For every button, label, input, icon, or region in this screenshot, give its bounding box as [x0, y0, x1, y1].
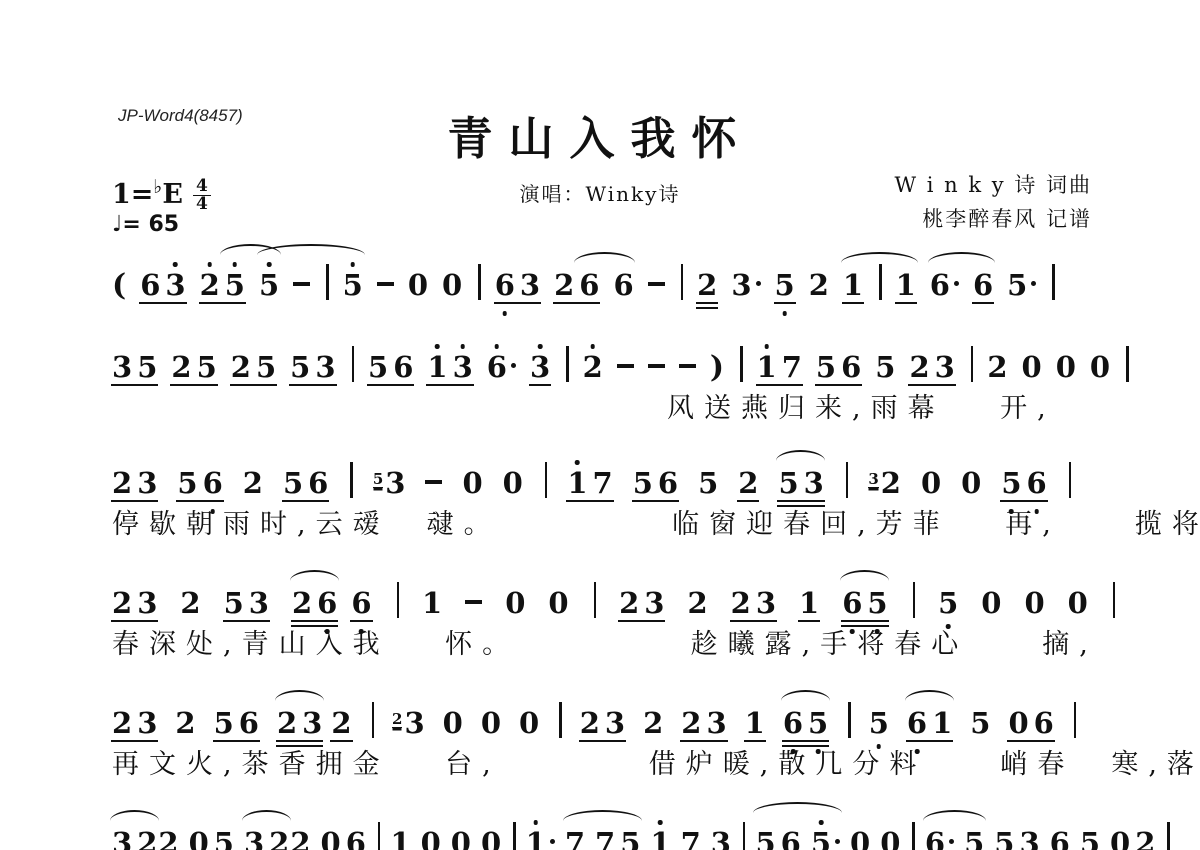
note-digit: 3: [605, 708, 625, 738]
note-digit: 5: [816, 352, 836, 382]
note-token: 2: [738, 468, 758, 498]
note-digit: 3: [711, 828, 731, 850]
note-digits: 0: [1056, 352, 1076, 382]
barline: [848, 702, 851, 738]
note-token: 5: [343, 270, 363, 300]
note-digits: 23: [619, 588, 664, 618]
note-token: 17: [567, 468, 612, 498]
note-digit: 3: [112, 828, 132, 850]
key-signature: 1=♭E44: [112, 176, 211, 213]
note-digit: 3: [706, 708, 726, 738]
slur-tie-arc: [242, 810, 291, 821]
note-digit: 3: [404, 708, 424, 738]
note-digits: 0: [850, 828, 870, 850]
dash-note: [617, 364, 634, 368]
note-digits: 13: [427, 352, 472, 382]
note-digits: 2: [697, 270, 717, 300]
note-digits: 56: [368, 352, 413, 382]
credits-block: W i n k y 诗 词曲 桃李醉春风 记谱: [895, 168, 1092, 236]
note-token: 6: [351, 588, 371, 618]
note-digits: 23: [681, 708, 726, 738]
note-digit: 2: [292, 588, 312, 618]
note-digit: 5: [867, 588, 887, 618]
note-digits: 5: [875, 352, 895, 382]
note-digit: 0: [548, 588, 568, 618]
note-token: 1: [650, 828, 670, 850]
note-digit: 2: [909, 352, 929, 382]
note-digit: 2: [331, 708, 351, 738]
note-token: 1: [422, 588, 442, 618]
note-digit: 3: [530, 352, 550, 382]
note-token: 5: [964, 828, 984, 850]
note-digit: 1: [799, 588, 819, 618]
note-token: 53: [290, 352, 335, 382]
note-digits: 2: [180, 588, 200, 618]
note-token: 5: [811, 828, 840, 850]
note-digits: 0: [443, 708, 463, 738]
note-digits: 6: [613, 270, 633, 300]
note-token: 56: [214, 708, 259, 738]
note-token: 2: [243, 468, 263, 498]
note-digit: 5: [225, 270, 245, 300]
note-token: 2: [583, 352, 603, 382]
note-digits: 56: [283, 468, 328, 498]
note-token: 32: [244, 828, 289, 850]
note-token: 56: [368, 352, 413, 382]
note-digit: 3: [644, 588, 664, 618]
music-line: 232562322300023223165561506: [112, 702, 1162, 736]
note-token: 05: [189, 828, 234, 850]
barline: [912, 822, 915, 850]
note-digits: 0: [1022, 352, 1042, 382]
note-digits: 63: [495, 270, 540, 300]
note-digits: 1: [843, 270, 863, 300]
note-token: 0: [1090, 352, 1110, 382]
note-digit: 3: [520, 270, 540, 300]
note-token: 2: [180, 588, 200, 618]
note-token: 56: [177, 468, 222, 498]
note-digit: 1: [390, 828, 410, 850]
note-token: 1: [896, 270, 916, 300]
octave-dot-above: [350, 262, 355, 267]
note-token: 06: [321, 828, 366, 850]
note-token: 53: [994, 828, 1039, 850]
note-token: 5: [1080, 828, 1100, 850]
note-digit: 2: [290, 828, 310, 850]
note-digits: 1: [896, 270, 916, 300]
note-digit: 5: [808, 708, 828, 738]
note-digit: 0: [408, 270, 428, 300]
note-digits: 0: [981, 588, 1001, 618]
note-digit: 5: [290, 352, 310, 382]
note-digit: 5: [938, 588, 958, 618]
note-digits: 1: [650, 828, 670, 850]
note-digit: 5: [994, 828, 1014, 850]
note-digits: 65: [842, 588, 887, 618]
note-digit: 0: [481, 708, 501, 738]
music-system: 352525535613632)17565232000 风送燕归来,雨幕 开,: [112, 346, 1162, 424]
note-token: 53: [373, 468, 406, 498]
note-digits: 1: [745, 708, 765, 738]
octave-dot-above: [495, 344, 500, 349]
note-token: 5: [259, 270, 279, 300]
note-digits: 2: [738, 468, 758, 498]
barline: [350, 462, 353, 498]
note-digit: 5: [343, 270, 363, 300]
note-token: 2: [290, 828, 310, 850]
note-digit: 1: [567, 468, 587, 498]
note-digits: 6: [925, 828, 945, 850]
note-digits: 3: [404, 708, 424, 738]
note-digit: 2: [580, 708, 600, 738]
note-digits: 0: [921, 468, 941, 498]
note-digit: 6: [308, 468, 328, 498]
note-token: 23: [392, 708, 425, 738]
note-digits: 2: [881, 468, 901, 498]
barline: [879, 264, 882, 300]
note-digit: 7: [593, 468, 613, 498]
note-token: 0: [548, 588, 568, 618]
note-token: 75: [595, 828, 640, 850]
note-digit: 2: [697, 270, 717, 300]
note-token: 0: [408, 270, 428, 300]
note-digits: 2: [243, 468, 263, 498]
note-digit: 2: [731, 588, 751, 618]
note-token: 06: [1008, 708, 1053, 738]
note-digit: 0: [1008, 708, 1028, 738]
note-digit: 7: [782, 352, 802, 382]
note-digit: 3: [453, 352, 473, 382]
note-token: 5: [938, 588, 958, 618]
note-token: 32: [112, 828, 157, 850]
note-digit: 2: [175, 708, 195, 738]
note-digits: 2: [583, 352, 603, 382]
note-digits: 5: [1007, 270, 1027, 300]
note-digits: 25: [231, 352, 276, 382]
note-digit: 2: [231, 352, 251, 382]
note-token: 5: [1007, 270, 1036, 300]
composer-credit: W i n k y 诗 词曲: [895, 168, 1092, 202]
note-digits: 0: [1024, 588, 1044, 618]
barline: [846, 462, 849, 498]
note-token: 2: [331, 708, 351, 738]
note-digits: 5: [343, 270, 363, 300]
note-token: 25: [231, 352, 276, 382]
barline: [352, 346, 355, 382]
octave-dot-above: [173, 262, 178, 267]
note-digits: 3: [530, 352, 550, 382]
note-digits: 53: [290, 352, 335, 382]
slur-tie-arc: [840, 570, 889, 581]
note-digit: 6: [495, 270, 515, 300]
music-line: (6325550063266235211665: [112, 264, 1162, 298]
note-digit: 6: [930, 270, 950, 300]
grace-note: 3: [868, 472, 878, 488]
note-digit: 2: [809, 270, 829, 300]
note-digits: 02: [1110, 828, 1155, 850]
note-digits: 5: [259, 270, 279, 300]
slur-tie-arc: [275, 690, 324, 701]
note-token: 2: [643, 708, 663, 738]
slur-tie-arc: [841, 252, 918, 263]
note-digit: 0: [451, 828, 471, 850]
barline: [478, 264, 481, 300]
octave-dot-above: [207, 262, 212, 267]
note-token: 0: [981, 588, 1001, 618]
note-token: 0: [880, 828, 900, 850]
note-digit: 2: [112, 468, 132, 498]
note-digits: 63: [140, 270, 185, 300]
augmentation-dot: [511, 363, 516, 368]
note-token: 32: [868, 468, 901, 498]
note-token: 56: [283, 468, 328, 498]
note-digit: 2: [554, 270, 574, 300]
note-token: 6: [1050, 828, 1070, 850]
note-digits: 0: [421, 828, 441, 850]
note-token: 56: [755, 828, 800, 850]
note-token: 7: [681, 828, 701, 850]
note-digits: 6: [351, 588, 371, 618]
barline: [513, 822, 516, 850]
tempo-marking: ♩= 65: [112, 212, 179, 237]
note-digits: 23: [112, 468, 157, 498]
note-digit: 2: [180, 588, 200, 618]
note-digits: 2: [987, 352, 1007, 382]
note-token: 23: [277, 708, 322, 738]
barline: [326, 264, 329, 300]
octave-dot-above: [658, 820, 663, 825]
sheet-music-page: JP-Word4(8457) 青山入我怀 演唱：Winky诗 W i n k y…: [0, 0, 1200, 850]
note-digits: 06: [321, 828, 366, 850]
dash-note: [425, 480, 442, 484]
note-digit: 3: [385, 468, 405, 498]
note-token: 23: [580, 708, 625, 738]
note-digit: 2: [269, 828, 289, 850]
slur-tie-arc: [781, 690, 830, 701]
note-digit: 0: [443, 708, 463, 738]
note-digits: 75: [595, 828, 640, 850]
note-digits: 2: [331, 708, 351, 738]
note-digit: 5: [869, 708, 889, 738]
note-token: 35: [112, 352, 157, 382]
note-token: 26: [292, 588, 337, 618]
barline: [1074, 702, 1077, 738]
note-digit: 6: [658, 468, 678, 498]
note-digit: 0: [961, 468, 981, 498]
note-digits: 1: [390, 828, 410, 850]
note-digit: 6: [346, 828, 366, 850]
note-digit: 0: [1056, 352, 1076, 382]
note-token: 0: [481, 828, 501, 850]
note-digits: 6: [973, 270, 993, 300]
barline: [559, 702, 562, 738]
note-digits: 2: [643, 708, 663, 738]
note-token: 25: [200, 270, 245, 300]
note-digits: 23: [112, 708, 157, 738]
note-digit: 6: [613, 270, 633, 300]
note-token: 0: [1024, 588, 1044, 618]
note-digit: 5: [214, 708, 234, 738]
note-digit: 5: [1007, 270, 1027, 300]
note-digit: 6: [487, 352, 507, 382]
note-token: 0: [850, 828, 870, 850]
note-token: 56: [816, 352, 861, 382]
note-digit: 3: [731, 270, 751, 300]
note-token: 23: [619, 588, 664, 618]
note-token: 23: [909, 352, 954, 382]
note-digit: 3: [302, 708, 322, 738]
note-digits: 7: [681, 828, 701, 850]
note-digit: 6: [973, 270, 993, 300]
note-digit: 0: [880, 828, 900, 850]
augmentation-dot: [835, 839, 840, 844]
dash-note: [377, 282, 394, 286]
note-digit: 2: [881, 468, 901, 498]
note-digits: 53: [994, 828, 1039, 850]
note-token: 0: [519, 708, 539, 738]
note-digit: 2: [1135, 828, 1155, 850]
note-digits: 3: [385, 468, 405, 498]
note-digits: 5: [964, 828, 984, 850]
note-digit: 5: [964, 828, 984, 850]
octave-dot-above: [233, 262, 238, 267]
note-token: 5: [869, 708, 889, 738]
note-digit: 1: [896, 270, 916, 300]
music-line: 3220532206100017751735650065536502: [112, 822, 1162, 850]
note-token: 6: [613, 270, 633, 300]
dash-note: [679, 364, 696, 368]
note-digit: 2: [681, 708, 701, 738]
note-digit: 1: [650, 828, 670, 850]
note-digit: 3: [137, 468, 157, 498]
barline: [913, 582, 916, 618]
note-digit: 3: [165, 270, 185, 300]
note-digits: 1: [799, 588, 819, 618]
note-digit: 5: [1080, 828, 1100, 850]
music-line: 352525535613632)17565232000: [112, 346, 1162, 380]
barline: [545, 462, 548, 498]
note-digit: 0: [921, 468, 941, 498]
note-token: 23: [731, 588, 776, 618]
note-token: 02: [1110, 828, 1155, 850]
note-digit: 5: [620, 828, 640, 850]
note-digits: 2: [158, 828, 178, 850]
note-digit: 1: [526, 828, 546, 850]
note-digit: 3: [756, 588, 776, 618]
note-digit: 2: [738, 468, 758, 498]
note-digits: 23: [731, 588, 776, 618]
note-digit: 6: [842, 588, 862, 618]
note-token: 0: [1068, 588, 1088, 618]
note-digits: 32: [244, 828, 289, 850]
barline: [740, 346, 743, 382]
note-token: 13: [427, 352, 472, 382]
note-digits: 0: [462, 468, 482, 498]
note-digit: 7: [681, 828, 701, 850]
augmentation-dot: [949, 839, 954, 844]
note-digit: 3: [137, 708, 157, 738]
note-digit: 5: [970, 708, 990, 738]
barline: [1069, 462, 1072, 498]
note-token: 2: [687, 588, 707, 618]
note-digit: 2: [987, 352, 1007, 382]
note-digit: 5: [811, 828, 831, 850]
note-digits: 56: [816, 352, 861, 382]
note-digits: 35: [112, 352, 157, 382]
note-digit: 7: [595, 828, 615, 850]
note-digit: 2: [277, 708, 297, 738]
note-digits: 2: [809, 270, 829, 300]
note-digits: 3: [711, 828, 731, 850]
note-digit: 2: [171, 352, 191, 382]
note-token: 2: [697, 270, 717, 300]
note-digits: 06: [1008, 708, 1053, 738]
octave-dot-above: [538, 344, 543, 349]
note-digit: 5: [778, 468, 798, 498]
note-digit: 6: [317, 588, 337, 618]
note-token: 0: [503, 468, 523, 498]
note-token: 63: [140, 270, 185, 300]
note-token: 6: [925, 828, 954, 850]
note-token: 23: [112, 708, 157, 738]
note-digits: 23: [277, 708, 322, 738]
note-digits: 0: [481, 708, 501, 738]
augmentation-dot: [756, 281, 761, 286]
note-digit: 2: [112, 708, 132, 738]
note-digits: 56: [755, 828, 800, 850]
note-digits: 5: [811, 828, 831, 850]
note-token: 0: [1056, 352, 1076, 382]
note-digits: 56: [177, 468, 222, 498]
note-digit: 0: [1110, 828, 1130, 850]
note-digit: 6: [393, 352, 413, 382]
note-digits: 6: [930, 270, 950, 300]
note-digits: 0: [548, 588, 568, 618]
note-digits: 1: [526, 828, 546, 850]
lyrics-line: 风送燕归来,雨幕 开,: [112, 394, 1162, 424]
octave-dot-above: [575, 460, 580, 465]
note-digit: 3: [137, 588, 157, 618]
note-token: 65: [842, 588, 887, 618]
note-digits: 0: [481, 828, 501, 850]
note-digit: 0: [1022, 352, 1042, 382]
note-digits: 56: [214, 708, 259, 738]
barline: [743, 822, 746, 850]
barline: [1052, 264, 1055, 300]
barline: [681, 264, 684, 300]
octave-dot-above: [460, 344, 465, 349]
note-digits: 0: [503, 468, 523, 498]
note-digit: 6: [1034, 708, 1054, 738]
note-digit: 5: [259, 270, 279, 300]
note-digit: 2: [243, 468, 263, 498]
note-token: 23: [681, 708, 726, 738]
note-digit: 6: [1027, 468, 1047, 498]
note-digits: 6: [487, 352, 507, 382]
dash-note: [293, 282, 310, 286]
octave-dot-above: [533, 820, 538, 825]
note-digit: 6: [925, 828, 945, 850]
note-digit: 6: [351, 588, 371, 618]
note-digit: 3: [315, 352, 335, 382]
music-system: 232562322300023223165561506再文火,茶香拥金 台, 借…: [112, 702, 1162, 780]
slur-tie-arc: [753, 802, 842, 813]
barline: [372, 702, 375, 738]
barline: [566, 346, 569, 382]
note-digits: 0: [505, 588, 525, 618]
note-token: 0: [421, 828, 441, 850]
note-digit: 2: [200, 270, 220, 300]
